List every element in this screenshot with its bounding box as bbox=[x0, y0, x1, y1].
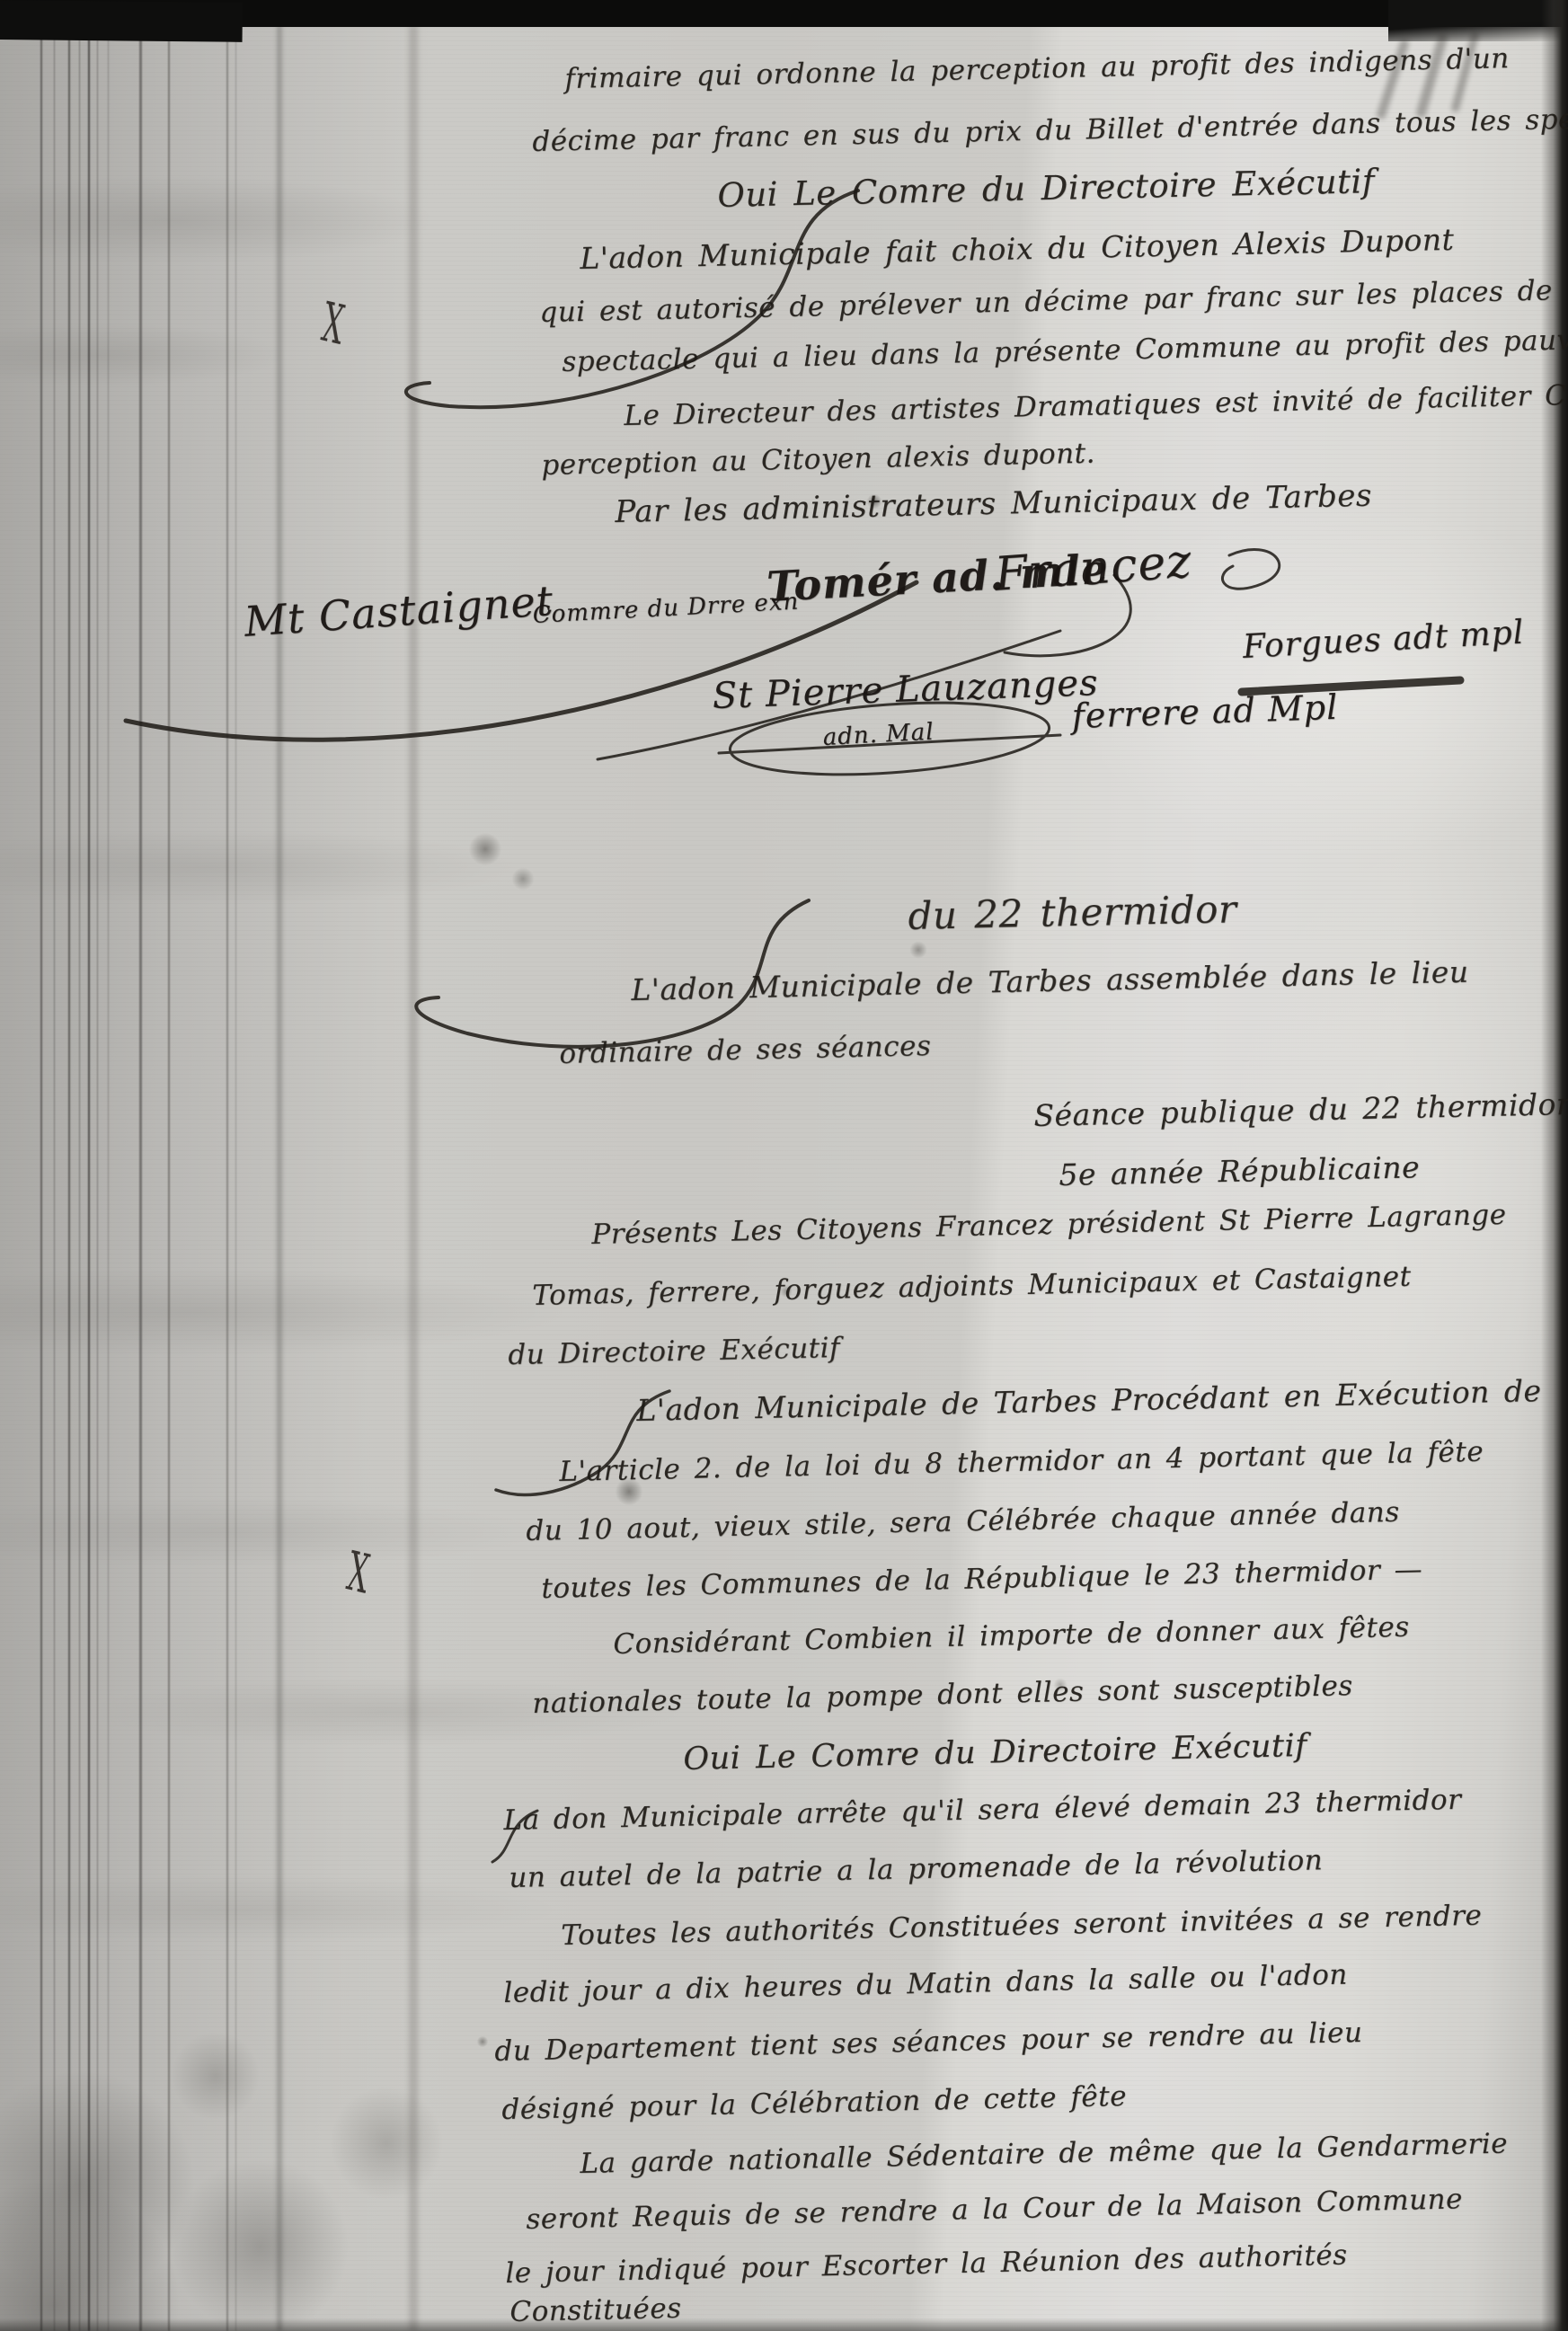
handwritten-line: Constituées bbox=[509, 2292, 682, 2328]
manuscript-page: frimaire qui ordonne la perception au pr… bbox=[0, 0, 1568, 2331]
handwritten-heading-date: du 22 thermidor bbox=[908, 887, 1237, 938]
margin-x-mark: X bbox=[321, 289, 345, 358]
margin-x-mark: X bbox=[346, 1538, 370, 1607]
flourish-francez-paraph bbox=[1222, 550, 1279, 589]
